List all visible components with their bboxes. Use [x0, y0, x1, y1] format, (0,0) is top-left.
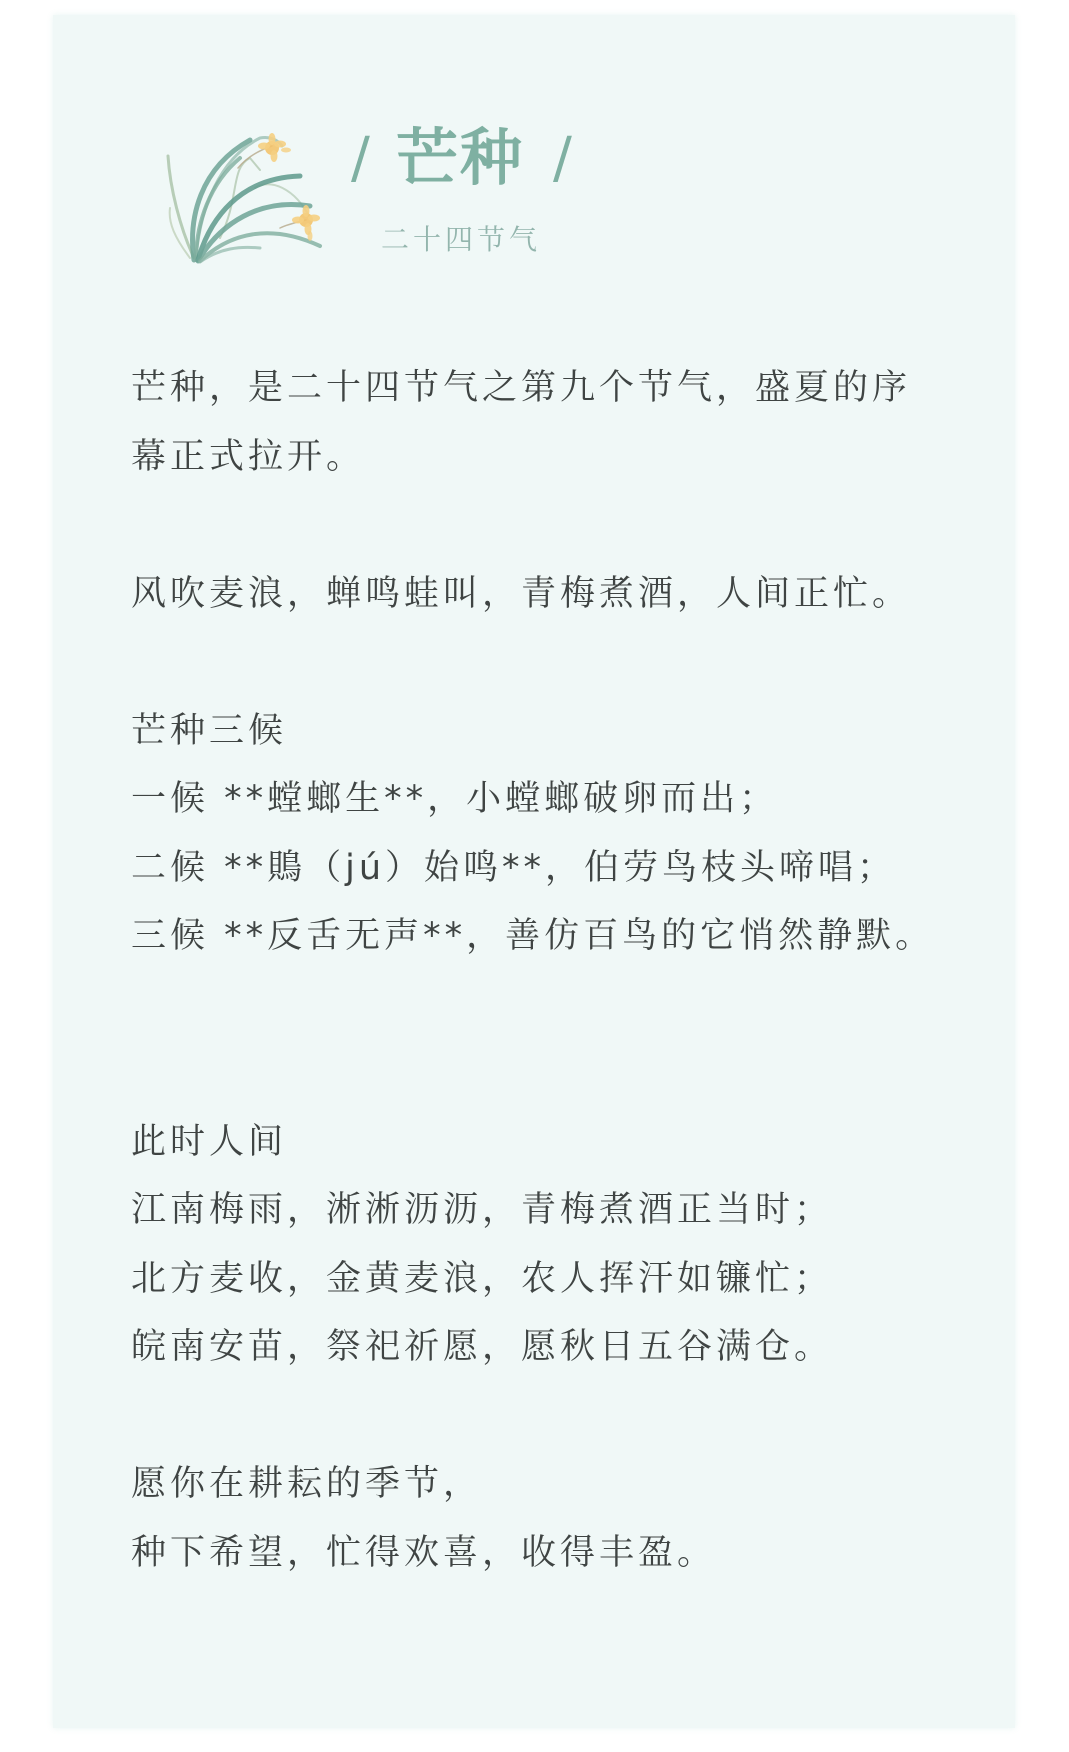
- section-heading-human-world: 此时人间: [131, 1108, 971, 1177]
- section-heading-three-pentads: 芒种三候: [131, 697, 971, 766]
- pentad-1: 一候 **螳螂生**，小螳螂破卵而出；: [131, 765, 971, 834]
- title-slash-left: /: [351, 127, 370, 191]
- region-line-north: 北方麦收，金黄麦浪，农人挥汗如镰忙；: [131, 1245, 971, 1314]
- page-subtitle: 二十四节气: [381, 222, 541, 258]
- tagline: 风吹麦浪，蝉鸣蛙叫，青梅煮酒，人间正忙。: [131, 560, 971, 629]
- blank-line: [131, 971, 971, 1040]
- article-body: 芒种，是二十四节气之第九个节气，盛夏的序 幕正式拉开。 风吹麦浪，蝉鸣蛙叫，青梅…: [131, 354, 971, 1587]
- orchid-plant-icon: [160, 128, 332, 270]
- pentad-3: 三候 **反舌无声**，善仿百鸟的它悄然静默。: [131, 902, 971, 971]
- blank-line: [131, 628, 971, 697]
- page-title: 芒种: [396, 122, 524, 194]
- closing-line-1: 愿你在耕耘的季节，: [131, 1450, 971, 1519]
- blank-line: [131, 1039, 971, 1108]
- intro-line-2: 幕正式拉开。: [131, 423, 971, 492]
- blank-line: [131, 1382, 971, 1451]
- closing-line-2: 种下希望，忙得欢喜，收得丰盈。: [131, 1519, 971, 1588]
- title-slash-right: /: [553, 127, 572, 191]
- region-line-wannan: 皖南安苗，祭祀祈愿，愿秋日五谷满仓。: [131, 1313, 971, 1382]
- region-line-jiangnan: 江南梅雨，淅淅沥沥，青梅煮酒正当时；: [131, 1176, 971, 1245]
- blank-line: [131, 491, 971, 560]
- pentad-2: 二候 **鵙（jú）始鸣**，伯劳鸟枝头啼唱；: [131, 834, 971, 903]
- intro-line-1: 芒种，是二十四节气之第九个节气，盛夏的序: [131, 354, 971, 423]
